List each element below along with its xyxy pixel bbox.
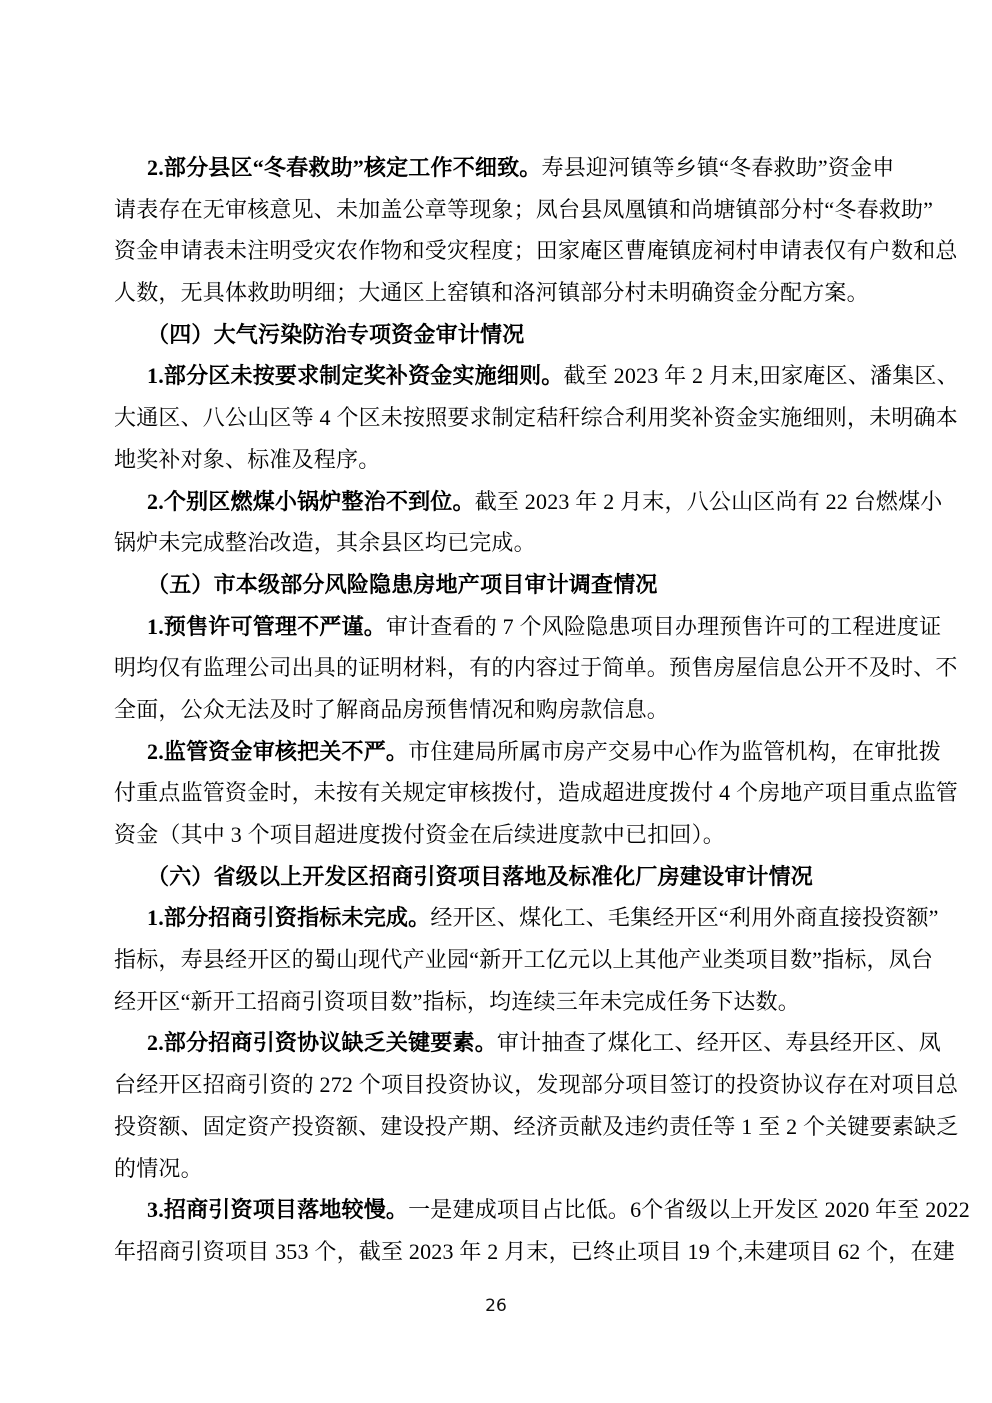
- page-number: 26: [0, 1296, 992, 1316]
- text-line: 3.招商引资项目落地较慢。一是建成项目占比低。6个省级以上开发区 2020 年至…: [114, 1189, 978, 1231]
- body-text: 审计抽查了煤化工、经开区、寿县经开区、凤: [497, 1030, 941, 1055]
- text-line: （五）市本级部分风险隐患房地产项目审计调查情况: [114, 564, 978, 606]
- paragraph: 2.部分县区“冬春救助”核定工作不细致。寿县迎河镇等乡镇“冬春救助”资金申请表存…: [114, 147, 978, 314]
- text-line: 1.部分区未按要求制定奖补资金实施细则。截至 2023 年 2 月末,田家庵区、…: [114, 355, 978, 397]
- text-line: 付重点监管资金时，未按有关规定审核拨付，造成超进度拨付 4 个房地产项目重点监管: [114, 772, 978, 814]
- bold-lead-text: 1.部分招商引资指标未完成。: [147, 905, 430, 930]
- paragraph: 3.招商引资项目落地较慢。一是建成项目占比低。6个省级以上开发区 2020 年至…: [114, 1189, 978, 1272]
- paragraph: 1.预售许可管理不严谨。审计查看的 7 个风险隐患项目办理预售许可的工程进度证明…: [114, 606, 978, 731]
- body-text: 寿县迎河镇等乡镇“冬春救助”资金申: [542, 155, 895, 180]
- text-line: 资金申请表未注明受灾农作物和受灾程度；田家庵区曹庵镇庞祠村申请表仅有户数和总: [114, 230, 978, 272]
- body-text: 锅炉未完成整治改造，其余县区均已完成。: [114, 530, 536, 555]
- text-line: 1.部分招商引资指标未完成。经开区、煤化工、毛集经开区“利用外商直接投资额”: [114, 897, 978, 939]
- bold-lead-text: 1.部分区未按要求制定奖补资金实施细则。: [147, 363, 564, 388]
- document-page: 2.部分县区“冬春救助”核定工作不细致。寿县迎河镇等乡镇“冬春救助”资金申请表存…: [0, 0, 992, 1403]
- heading-text: （四）大气污染防治专项资金审计情况: [147, 322, 524, 347]
- text-line: 台经开区招商引资的 272 个项目投资协议，发现部分项目签订的投资协议存在对项目…: [114, 1064, 978, 1106]
- text-line: 经开区“新开工招商引资项目数”指标，均连续三年未完成任务下达数。: [114, 981, 978, 1023]
- bold-lead-text: 1.预售许可管理不严谨。: [147, 614, 386, 639]
- body-text: 全面，公众无法及时了解商品房预售情况和购房款信息。: [114, 697, 669, 722]
- text-line: 2.部分招商引资协议缺乏关键要素。审计抽查了煤化工、经开区、寿县经开区、凤: [114, 1022, 978, 1064]
- body-text: 截至 2023 年 2 月末，八公山区尚有 22 台燃煤小: [475, 489, 943, 514]
- bold-lead-text: 2.个别区燃煤小锅炉整治不到位。: [147, 489, 475, 514]
- text-line: （六）省级以上开发区招商引资项目落地及标准化厂房建设审计情况: [114, 856, 978, 898]
- text-line: 锅炉未完成整治改造，其余县区均已完成。: [114, 522, 978, 564]
- text-line: 全面，公众无法及时了解商品房预售情况和购房款信息。: [114, 689, 978, 731]
- paragraph: 2.部分招商引资协议缺乏关键要素。审计抽查了煤化工、经开区、寿县经开区、凤台经开…: [114, 1022, 978, 1189]
- text-line: 年招商引资项目 353 个，截至 2023 年 2 月末，已终止项目 19 个,…: [114, 1231, 978, 1273]
- body-text: 指标，寿县经开区的蜀山现代产业园“新开工亿元以上其他产业类项目数”指标，凤台: [114, 947, 933, 972]
- body-text: 台经开区招商引资的 272 个项目投资协议，发现部分项目签订的投资协议存在对项目…: [114, 1072, 958, 1097]
- section-heading: （四）大气污染防治专项资金审计情况: [114, 314, 978, 356]
- text-line: 2.个别区燃煤小锅炉整治不到位。截至 2023 年 2 月末，八公山区尚有 22…: [114, 481, 978, 523]
- body-text: 地奖补对象、标准及程序。: [114, 447, 380, 472]
- text-line: 人数，无具体救助明细；大通区上窑镇和洛河镇部分村未明确资金分配方案。: [114, 272, 978, 314]
- body-text: 付重点监管资金时，未按有关规定审核拨付，造成超进度拨付 4 个房地产项目重点监管: [114, 780, 958, 805]
- paragraph: 2.监管资金审核把关不严。市住建局所属市房产交易中心作为监管机构，在审批拨付重点…: [114, 731, 978, 856]
- text-line: （四）大气污染防治专项资金审计情况: [114, 314, 978, 356]
- body-text: 截至 2023 年 2 月末,田家庵区、潘集区、: [564, 363, 959, 388]
- body-text: 资金申请表未注明受灾农作物和受灾程度；田家庵区曹庵镇庞祠村申请表仅有户数和总: [114, 238, 958, 263]
- paragraph: 1.部分招商引资指标未完成。经开区、煤化工、毛集经开区“利用外商直接投资额”指标…: [114, 897, 978, 1022]
- text-line: 大通区、八公山区等 4 个区未按照要求制定秸秆综合利用奖补资金实施细则，未明确本: [114, 397, 978, 439]
- body-text: 资金（其中 3 个项目超进度拨付资金在后续进度款中已扣回）。: [114, 822, 725, 847]
- body-text: 请表存在无审核意见、未加盖公章等现象；凤台县凤凰镇和尚塘镇部分村“冬春救助”: [114, 197, 933, 222]
- body-text: 审计查看的 7 个风险隐患项目办理预售许可的工程进度证: [386, 614, 941, 639]
- heading-text: （六）省级以上开发区招商引资项目落地及标准化厂房建设审计情况: [147, 864, 813, 889]
- bold-lead-text: 3.招商引资项目落地较慢。: [147, 1197, 408, 1222]
- text-line: 1.预售许可管理不严谨。审计查看的 7 个风险隐患项目办理预售许可的工程进度证: [114, 606, 978, 648]
- body-text: 市住建局所属市房产交易中心作为监管机构，在审批拨: [408, 739, 941, 764]
- heading-text: （五）市本级部分风险隐患房地产项目审计调查情况: [147, 572, 658, 597]
- body-text: 经开区、煤化工、毛集经开区“利用外商直接投资额”: [430, 905, 938, 930]
- text-line: 明均仅有监理公司出具的证明材料，有的内容过于简单。预售房屋信息公开不及时、不: [114, 647, 978, 689]
- body-text: 人数，无具体救助明细；大通区上窑镇和洛河镇部分村未明确资金分配方案。: [114, 280, 869, 305]
- text-line: 资金（其中 3 个项目超进度拨付资金在后续进度款中已扣回）。: [114, 814, 978, 856]
- body-text: 一是建成项目占比低。6个省级以上开发区 2020 年至 2022: [408, 1197, 970, 1222]
- paragraph: 2.个别区燃煤小锅炉整治不到位。截至 2023 年 2 月末，八公山区尚有 22…: [114, 481, 978, 564]
- text-line: 2.部分县区“冬春救助”核定工作不细致。寿县迎河镇等乡镇“冬春救助”资金申: [114, 147, 978, 189]
- text-line: 2.监管资金审核把关不严。市住建局所属市房产交易中心作为监管机构，在审批拨: [114, 731, 978, 773]
- body-text: 明均仅有监理公司出具的证明材料，有的内容过于简单。预售房屋信息公开不及时、不: [114, 655, 958, 680]
- body-text: 投资额、固定资产投资额、建设投产期、经济贡献及违约责任等 1 至 2 个关键要素…: [114, 1114, 958, 1139]
- text-line: 指标，寿县经开区的蜀山现代产业园“新开工亿元以上其他产业类项目数”指标，凤台: [114, 939, 978, 981]
- paragraph: 1.部分区未按要求制定奖补资金实施细则。截至 2023 年 2 月末,田家庵区、…: [114, 355, 978, 480]
- text-line: 请表存在无审核意见、未加盖公章等现象；凤台县凤凰镇和尚塘镇部分村“冬春救助”: [114, 189, 978, 231]
- bold-lead-text: 2.监管资金审核把关不严。: [147, 739, 408, 764]
- body-text: 经开区“新开工招商引资项目数”指标，均连续三年未完成任务下达数。: [114, 989, 800, 1014]
- body-text: 大通区、八公山区等 4 个区未按照要求制定秸秆综合利用奖补资金实施细则，未明确本: [114, 405, 958, 430]
- document-body: 2.部分县区“冬春救助”核定工作不细致。寿县迎河镇等乡镇“冬春救助”资金申请表存…: [114, 147, 978, 1273]
- section-heading: （六）省级以上开发区招商引资项目落地及标准化厂房建设审计情况: [114, 856, 978, 898]
- body-text: 的情况。: [114, 1156, 203, 1181]
- section-heading: （五）市本级部分风险隐患房地产项目审计调查情况: [114, 564, 978, 606]
- bold-lead-text: 2.部分招商引资协议缺乏关键要素。: [147, 1030, 497, 1055]
- body-text: 年招商引资项目 353 个，截至 2023 年 2 月末，已终止项目 19 个,…: [114, 1239, 955, 1264]
- text-line: 地奖补对象、标准及程序。: [114, 439, 978, 481]
- bold-lead-text: 2.部分县区“冬春救助”核定工作不细致。: [147, 155, 542, 180]
- text-line: 的情况。: [114, 1148, 978, 1190]
- text-line: 投资额、固定资产投资额、建设投产期、经济贡献及违约责任等 1 至 2 个关键要素…: [114, 1106, 978, 1148]
